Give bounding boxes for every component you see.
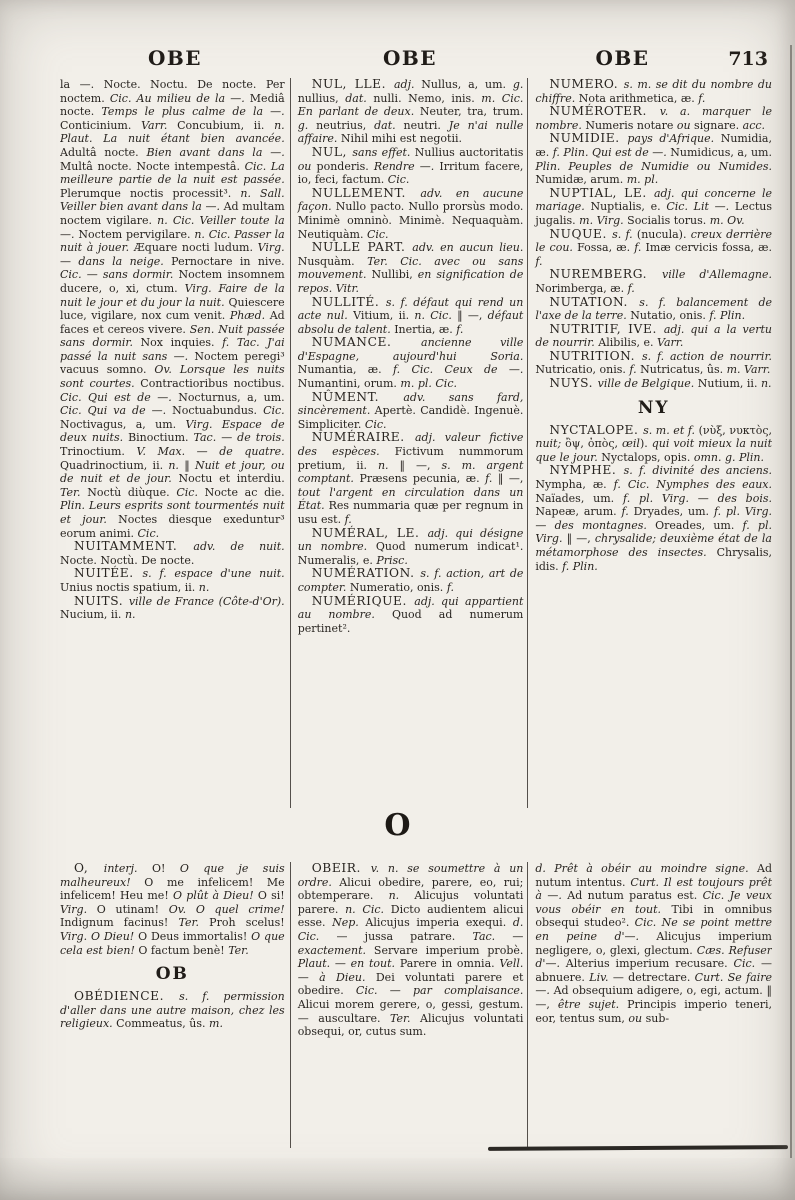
entry-headword: O, (74, 862, 104, 875)
entry-headword: NUTATION. (549, 295, 639, 309)
running-title-left: OBE (60, 46, 290, 70)
dictionary-entry: NUYS. ville de Belgique. Nutium, ii. n. (535, 377, 772, 391)
entry-headword: NUYS. (549, 376, 597, 390)
dictionary-entry: NUMÉRATION. s. f. action, art de compter… (298, 567, 524, 594)
entry-headword: NUL, LLE. (312, 78, 394, 91)
dictionary-section-n: la —. Nocte. Noctu. De nocte. Per noctem… (60, 78, 772, 808)
dictionary-entry: NUMANCE. ancienne ville d'Espagne, aujou… (298, 336, 524, 390)
entry-headword: NUMANCE. (312, 335, 421, 349)
entry-headword: OBÉDIENCE. (74, 989, 179, 1003)
letter-subsection-heading: NY (535, 398, 772, 418)
dictionary-section-o: O, interj. O! O que je suis malheureux! … (60, 862, 772, 1148)
dictionary-entry: NULLITÉ. s. f. défaut qui rend un acte n… (298, 296, 524, 337)
page-header: OBE OBE OBE 713 (0, 46, 795, 74)
entry-headword: NULLITÉ. (312, 295, 386, 309)
dictionary-entry: NUQUE. s. f. (nucula). creux derrière le… (535, 228, 772, 269)
column-1: la —. Nocte. Noctu. De nocte. Per noctem… (60, 78, 290, 808)
dictionary-entry: NUMIDIE. pays d'Afrique. Numidia, æ. f. … (535, 132, 772, 186)
entry-headword: NYMPHE. (549, 463, 623, 477)
text-paragraph: la —. Nocte. Noctu. De nocte. Per noctem… (60, 78, 285, 540)
entry-headword: NUITÉE. (74, 566, 143, 580)
dictionary-entry: NUITAMMENT. adv. de nuit. Nocte. Noctù. … (60, 540, 285, 567)
letter-subsection-heading: OB (60, 964, 285, 984)
text-paragraph: d. Prêt à obéir au moindre signe. Ad nut… (535, 862, 772, 1025)
dictionary-entry: NUMÉRIQUE. adj. qui appartient au nombre… (298, 595, 524, 636)
dictionary-entry: NULLE PART. adv. en aucun lieu. Nusquàm.… (298, 241, 524, 295)
entry-headword: NUITS. (74, 594, 129, 608)
entry-headword: NUREMBERG. (549, 267, 662, 281)
entry-headword: NUPTIAL, LE. (549, 186, 654, 200)
dictionary-entry: NUMÉRAL, LE. adj. qui désigne un nombre.… (298, 527, 524, 568)
entry-headword: NUMÉRAIRE. (312, 430, 415, 444)
entry-headword: NUTRITION. (549, 349, 642, 363)
entry-headword: NUMÉROTER. (549, 104, 659, 118)
scanned-dictionary-page: OBE OBE OBE 713 la —. Nocte. Noctu. De n… (0, 0, 795, 1200)
entry-headword: NYCTALOPE. (549, 423, 643, 437)
column-2: NUL, LLE. adj. Nullus, a, um. g. nullius… (290, 78, 528, 808)
page-number: 713 (700, 48, 768, 70)
letter-o-section-heading: O (0, 808, 795, 854)
entry-headword: NUMIDIE. (549, 131, 627, 145)
scan-artifact-bottom-band (0, 1158, 795, 1200)
column-3: NUMÉRO. s. m. se dit du nombre du chiffr… (527, 78, 772, 808)
dictionary-entry: O, interj. O! O que je suis malheureux! … (60, 862, 285, 957)
dictionary-entry: NUTRITIF, IVE. adj. qui a la vertu de no… (535, 323, 772, 350)
dictionary-entry: NUREMBERG. ville d'Allemagne. Norimberga… (535, 268, 772, 295)
entry-headword: NÛMENT. (312, 390, 404, 404)
running-title-center: OBE (295, 46, 525, 70)
entry-headword: OBÉIR. (312, 862, 371, 875)
dictionary-entry: NUL, LLE. adj. Nullus, a, um. g. nullius… (298, 78, 524, 146)
entry-headword: NUITAMMENT. (74, 539, 193, 553)
dictionary-entry: NUTATION. s. f. balancement de l'axe de … (535, 296, 772, 323)
running-title-right: OBE (530, 46, 715, 70)
dictionary-entry: NUITÉE. s. f. espace d'une nuit. Unius n… (60, 567, 285, 594)
dictionary-entry: NUPTIAL, LE. adj. qui concerne le mariag… (535, 187, 772, 228)
entry-headword: NUMÉRIQUE. (312, 594, 415, 608)
dictionary-entry: OBÉDIENCE. s. f. permission d'aller dans… (60, 990, 285, 1031)
scan-artifact-right-edge (790, 45, 792, 1160)
entry-headword: NUMÉRO. (549, 78, 623, 91)
dictionary-entry: NYMPHE. s. f. divinité des anciens. Nymp… (535, 464, 772, 573)
column-1-bottom: O, interj. O! O que je suis malheureux! … (60, 862, 290, 1148)
column-3-bottom: d. Prêt à obéir au moindre signe. Ad nut… (527, 862, 772, 1148)
entry-headword: NULLEMENT. (312, 186, 421, 200)
dictionary-entry: NULLEMENT. adv. en aucune façon. Nullo p… (298, 187, 524, 241)
dictionary-entry: NUMÉRAIRE. adj. valeur fictive des espèc… (298, 431, 524, 526)
dictionary-entry: NYCTALOPE. s. m. et f. (νὺξ, νυκτὸς, nui… (535, 424, 772, 465)
entry-headword: NULLE PART. (312, 240, 413, 254)
dictionary-entry: NUMÉRO. s. m. se dit du nombre du chiffr… (535, 78, 772, 105)
dictionary-entry: NÛMENT. adv. sans fard, sincèrement. Ape… (298, 391, 524, 432)
dictionary-entry: NUL, sans effet. Nullius auctoritatis ou… (298, 146, 524, 187)
entry-headword: NUMÉRAL, LE. (312, 526, 428, 540)
entry-headword: NUQUE. (549, 227, 612, 241)
dictionary-entry: NUITS. ville de France (Côte-d'Or). Nuci… (60, 595, 285, 622)
dictionary-entry: NUMÉROTER. v. a. marquer le nombre. Nume… (535, 105, 772, 132)
entry-headword: NUTRITIF, IVE. (549, 322, 664, 336)
dictionary-entry: OBÉIR. v. n. se soumettre à un ordre. Al… (298, 862, 524, 1039)
dictionary-entry: NUTRITION. s. f. action de nourrir. Nutr… (535, 350, 772, 377)
entry-headword: NUMÉRATION. (312, 566, 421, 580)
column-2-bottom: OBÉIR. v. n. se soumettre à un ordre. Al… (290, 862, 528, 1148)
entry-headword: NUL, (312, 145, 353, 159)
